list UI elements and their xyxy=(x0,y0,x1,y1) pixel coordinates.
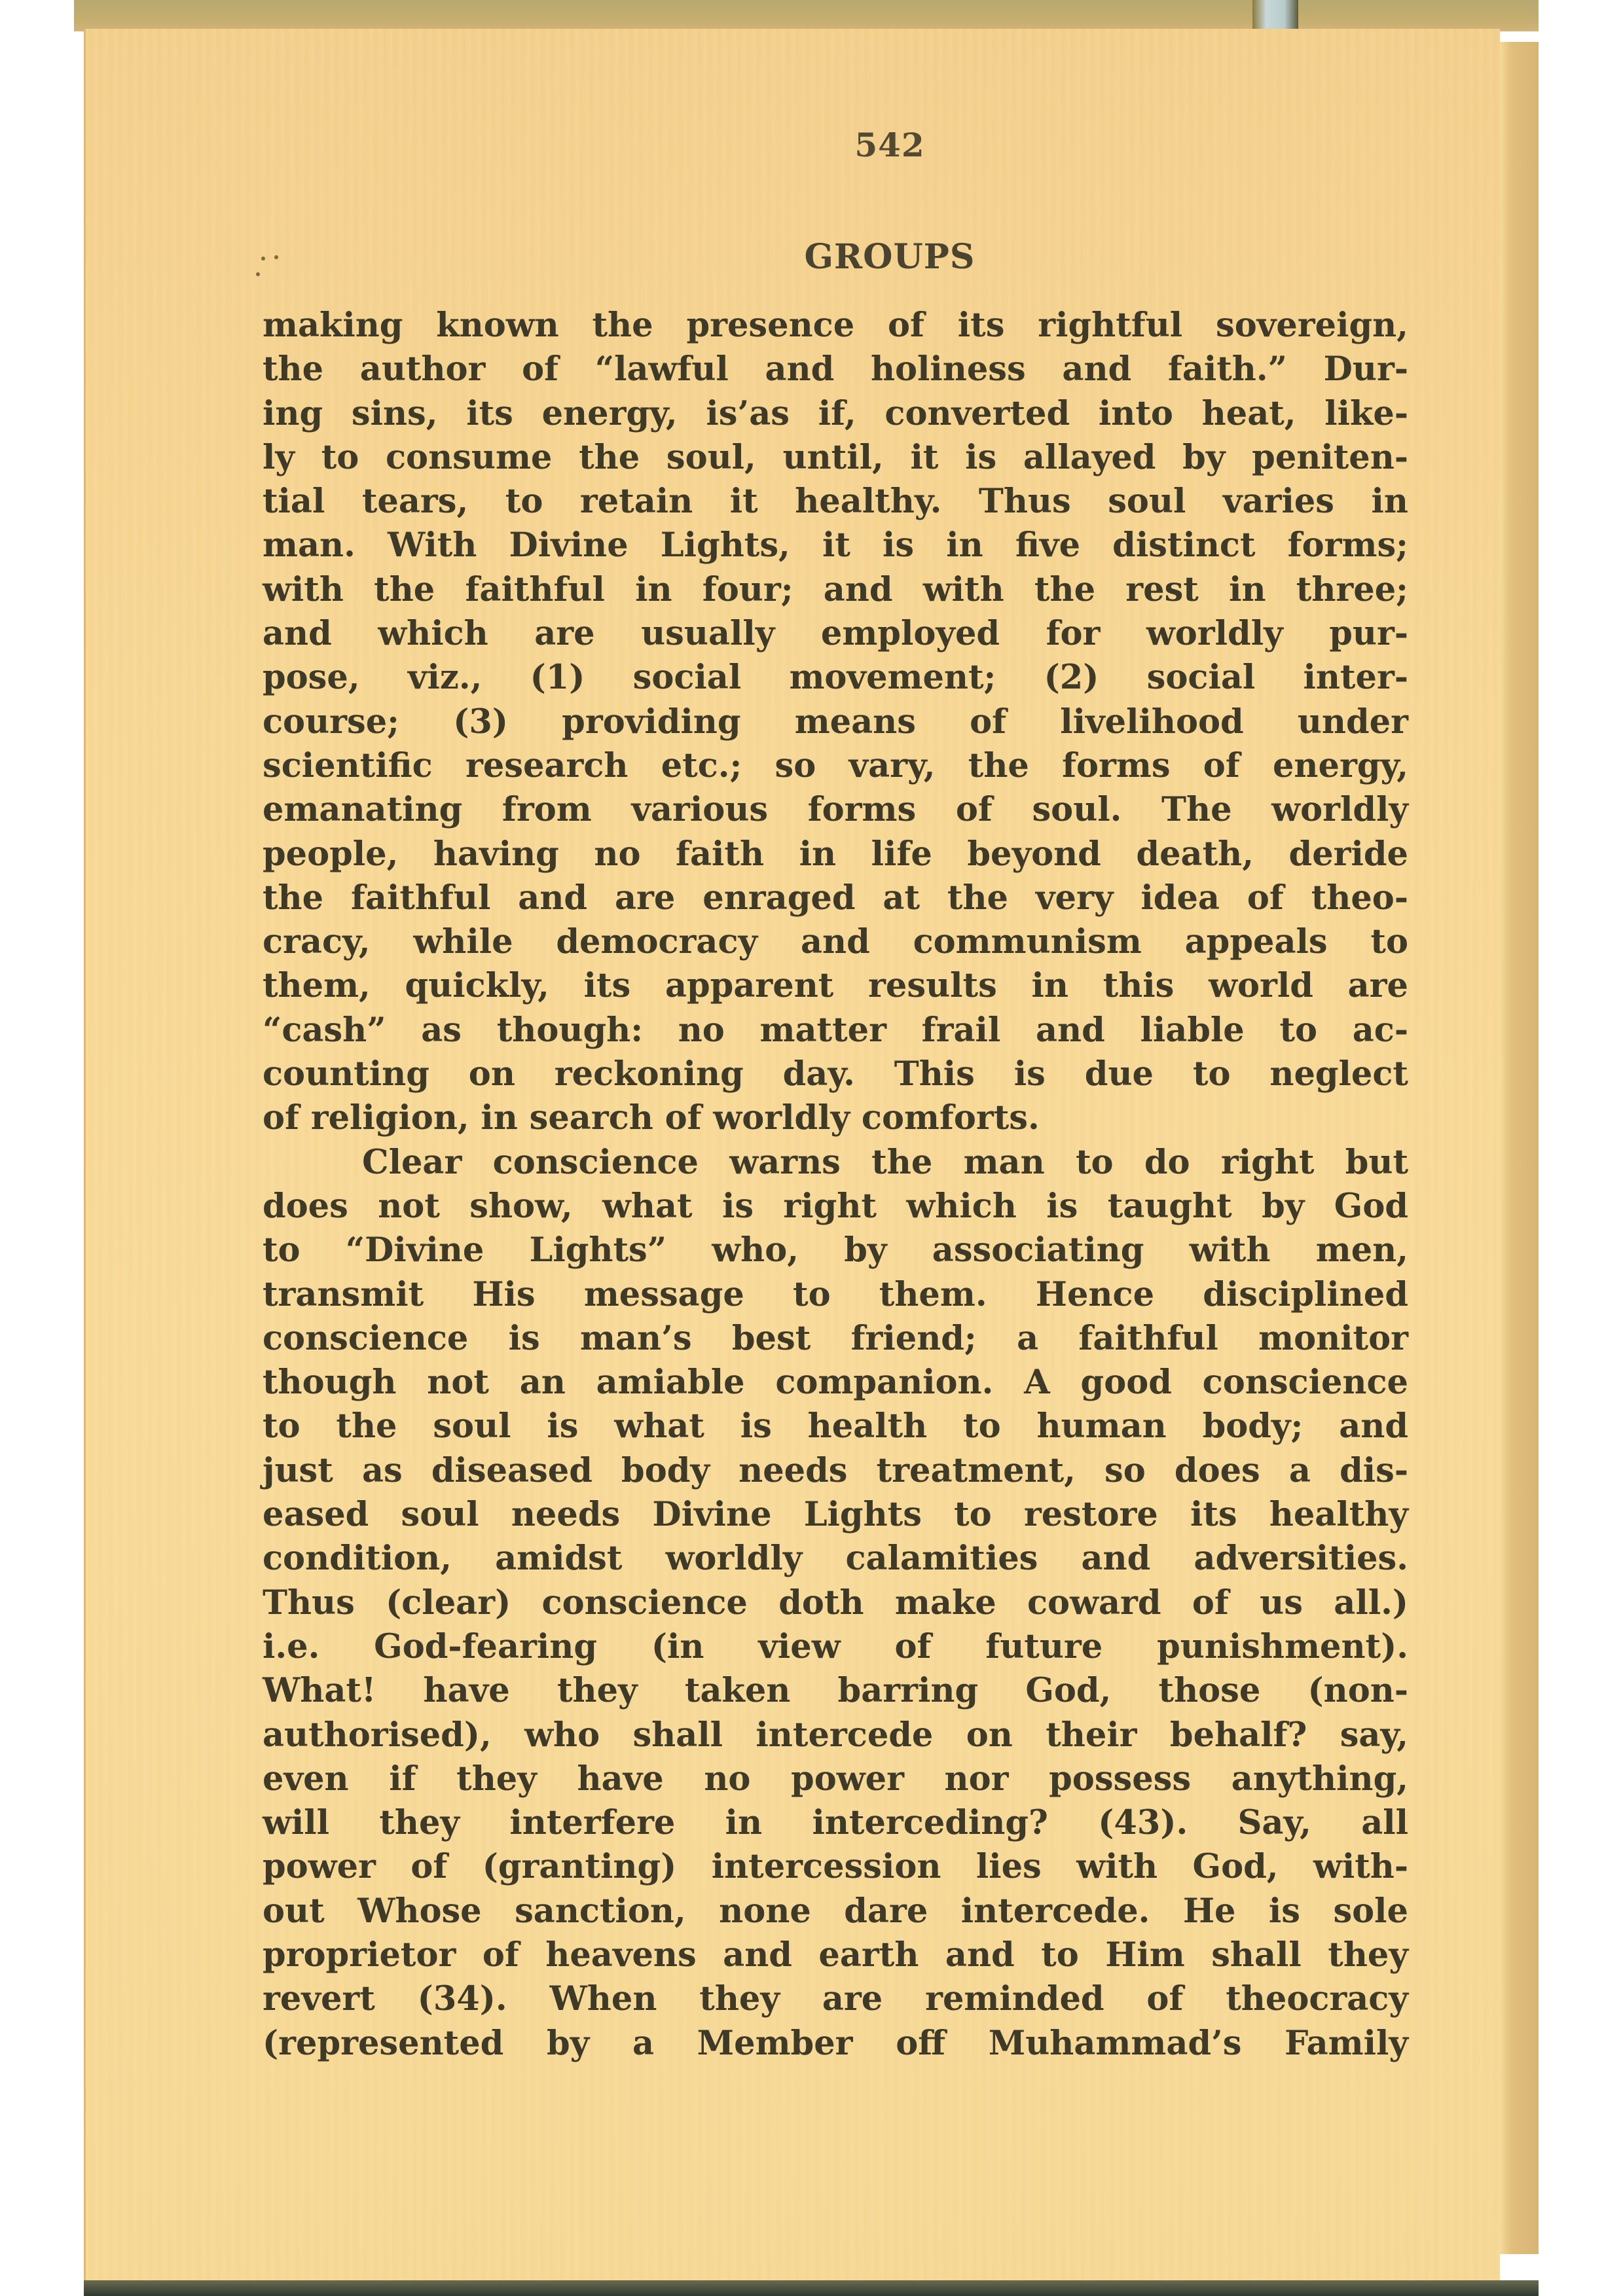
book-page: 542 GROUPS making known the presence of … xyxy=(84,29,1500,2280)
text-line: just as diseased body needs treatment, s… xyxy=(263,1449,1408,1493)
text-line: tial tears, to retain it healthy. Thus s… xyxy=(263,480,1408,524)
scan-shadow-bottom xyxy=(84,2280,1539,2296)
text-line: “cash” as though: no matter frail and li… xyxy=(263,1009,1408,1052)
text-line: Thus (clear) conscience doth make coward… xyxy=(263,1581,1408,1625)
print-speck xyxy=(274,255,278,259)
text-line: to the soul is what is health to human b… xyxy=(263,1405,1408,1448)
text-line: ing sins, its energy, is’as if, converte… xyxy=(263,392,1408,436)
text-line: i.e. God-fearing (in view of future puni… xyxy=(263,1625,1408,1669)
text-line: even if they have no power nor possess a… xyxy=(263,1757,1408,1801)
text-line: conscience is man’s best friend; a faith… xyxy=(263,1317,1408,1361)
text-line: though not an amiable companion. A good … xyxy=(263,1361,1408,1405)
text-line: ly to consume the soul, until, it is all… xyxy=(263,436,1408,480)
print-speck xyxy=(256,272,260,276)
page-fold-edge xyxy=(1499,42,1539,2254)
text-line: and which are usually employed for world… xyxy=(263,612,1408,656)
text-line: transmit His message to them. Hence disc… xyxy=(263,1273,1408,1317)
text-line: the author of “lawful and holiness and f… xyxy=(263,348,1408,391)
text-line: cracy, while democracy and communism app… xyxy=(263,920,1408,964)
paragraph: Clear conscience warns the man to do rig… xyxy=(263,1141,1408,2066)
text-line: scientific research etc.; so vary, the f… xyxy=(263,744,1408,788)
text-line: of religion, in search of worldly comfor… xyxy=(263,1096,1408,1140)
text-line: emanating from various forms of soul. Th… xyxy=(263,788,1408,832)
text-line: Clear conscience warns the man to do rig… xyxy=(263,1141,1408,1185)
text-line: proprietor of heavens and earth and to H… xyxy=(263,1933,1408,1977)
text-line: them, quickly, its apparent results in t… xyxy=(263,964,1408,1008)
text-line: making known the presence of its rightfu… xyxy=(263,304,1408,348)
text-line: man. With Divine Lights, it is in five d… xyxy=(263,524,1408,567)
running-head: GROUPS xyxy=(183,237,1597,277)
text-line: with the faithful in four; and with the … xyxy=(263,568,1408,612)
scan-backdrop-top xyxy=(74,0,1539,31)
text-line: to “Divine Lights” who, by associating w… xyxy=(263,1229,1408,1272)
text-line: What! have they taken barring God, those… xyxy=(263,1669,1408,1713)
text-line: counting on reckoning day. This is due t… xyxy=(263,1052,1408,1096)
text-line: revert (34). When they are reminded of t… xyxy=(263,1977,1408,2021)
text-line: the faithful and are enraged at the very… xyxy=(263,876,1408,920)
body-text: making known the presence of its rightfu… xyxy=(263,304,1408,2066)
text-line: course; (3) providing means of livelihoo… xyxy=(263,700,1408,744)
text-line: power of (granting) intercession lies wi… xyxy=(263,1845,1408,1889)
text-line: (represented by a Member off Muhammad’s … xyxy=(263,2022,1408,2066)
text-line: people, having no faith in life beyond d… xyxy=(263,833,1408,876)
binder-clip-icon xyxy=(1252,0,1298,29)
text-line: authorised), who shall intercede on thei… xyxy=(263,1713,1408,1757)
text-line: eased soul needs Divine Lights to restor… xyxy=(263,1493,1408,1537)
print-speck xyxy=(261,257,265,260)
text-line: out Whose sanction, none dare intercede.… xyxy=(263,1890,1408,1933)
text-line: pose, viz., (1) social movement; (2) soc… xyxy=(263,656,1408,700)
page-number: 542 xyxy=(183,126,1597,164)
text-line: does not show, what is right which is ta… xyxy=(263,1185,1408,1229)
text-line: will they interfere in interceding? (43)… xyxy=(263,1801,1408,1845)
text-line: condition, amidst worldly calamities and… xyxy=(263,1537,1408,1581)
paragraph: making known the presence of its rightfu… xyxy=(263,304,1408,1141)
